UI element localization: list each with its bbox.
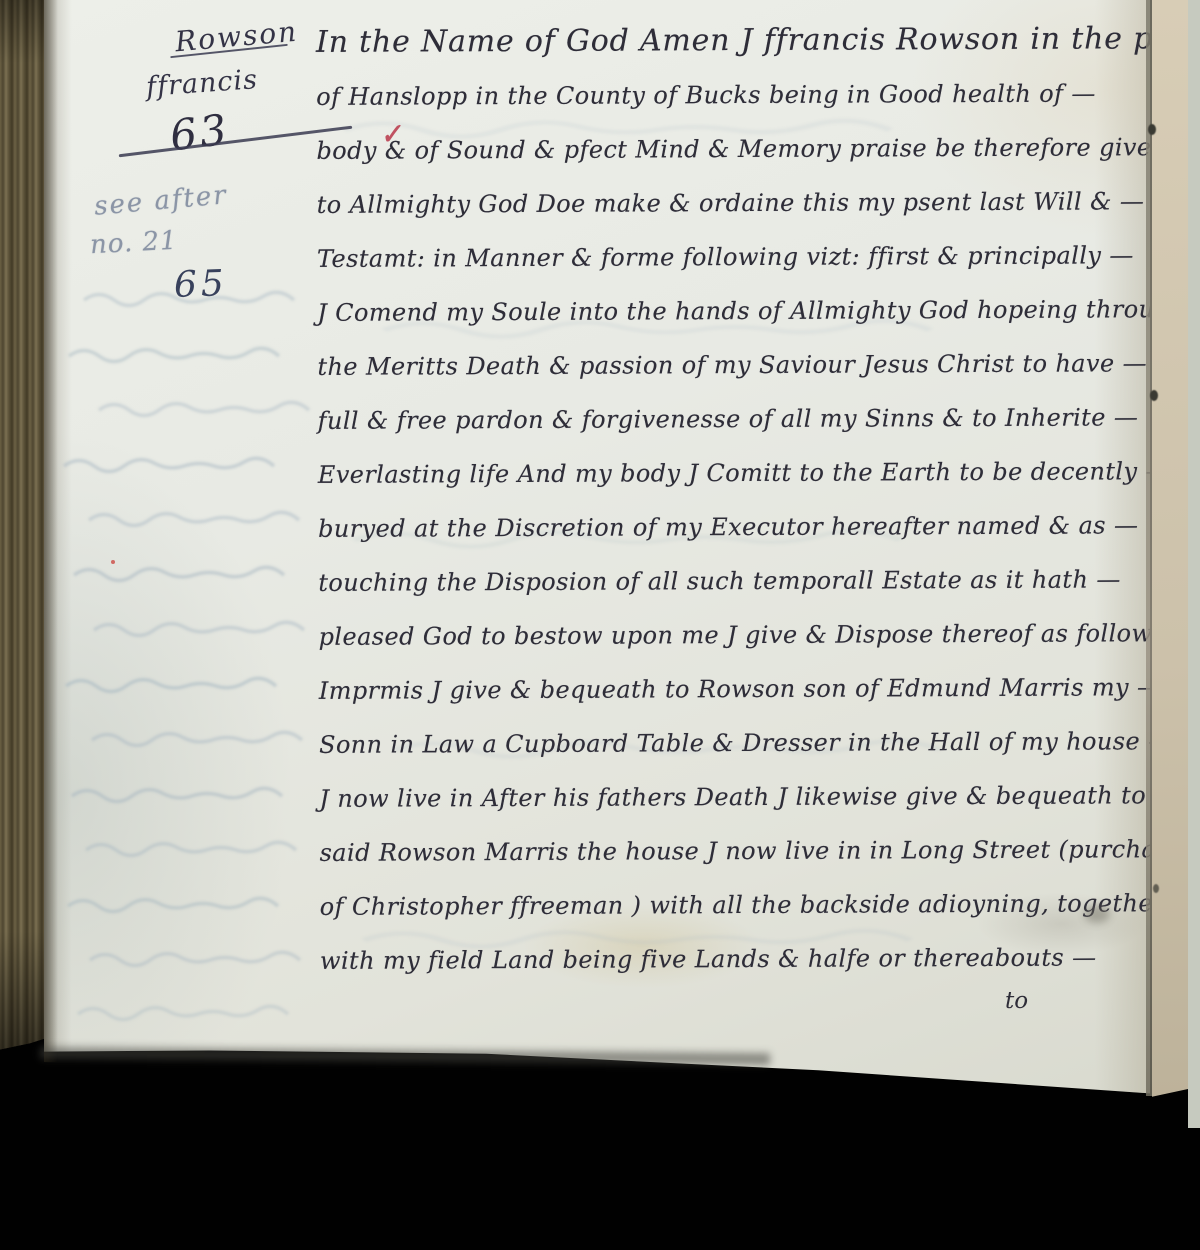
manuscript-line: said Rowson Marris the house J now live … <box>319 822 1179 880</box>
margin-name-forename: ffrancis <box>145 64 259 103</box>
book-spine <box>0 0 50 1058</box>
manuscript-line: Imprmis J give & bequeath to Rowson son … <box>319 660 1179 718</box>
stitch-hole <box>1150 390 1158 401</box>
margin-new-folio-number: 65 <box>173 263 228 306</box>
gutter-shadow <box>44 0 58 1062</box>
page-edge-tan <box>1152 0 1188 1100</box>
stitch-hole <box>1153 884 1159 893</box>
manuscript-line: full & free pardon & forgivenesse of all… <box>318 390 1178 448</box>
page-fold-edge <box>1146 0 1152 1096</box>
manuscript-line: Everlasting life And my body J Comitt to… <box>318 444 1178 502</box>
manuscript-line: J Comend my Soule into the hands of Allm… <box>317 282 1177 340</box>
manuscript-line: body & of Sound & pfect Mind & Memory pr… <box>316 120 1176 178</box>
manuscript-line: Sonn in Law a Cupboard Table & Dresser i… <box>319 714 1179 772</box>
manuscript-line: to Allmighty God Doe make & ordaine this… <box>317 174 1177 232</box>
manuscript-line: of Christopher ffreeman ) with all the b… <box>320 876 1180 934</box>
manuscript-photo: Rowson ffrancis 63 ✓ see after no. 21 65… <box>0 0 1200 1250</box>
margin-name-surname: Rowson <box>174 15 300 59</box>
manuscript-line: Testamt: in Manner & forme following viz… <box>317 228 1177 286</box>
margin-pencil-note-line2: no. 21 <box>89 226 178 261</box>
catchword: to <box>1005 988 1028 1014</box>
manuscript-line: with my field Land being five Lands & ha… <box>320 930 1180 988</box>
margin-pencil-note-line1: see after <box>93 180 229 222</box>
manuscript-line: J now live in After his fathers Death J … <box>319 768 1179 826</box>
manuscript-line: pleased God to bestow upon me J give & D… <box>318 606 1178 664</box>
ink-smudge <box>1084 905 1110 923</box>
stitch-hole <box>1148 124 1156 135</box>
page-edge-gray <box>1188 0 1200 1128</box>
manuscript-line: touching the Disposion of all such tempo… <box>318 552 1178 610</box>
manuscript-line: buryed at the Discretion of my Executor … <box>318 498 1178 556</box>
manuscript-line: In the Name of God Amen J ffrancis Rowso… <box>316 12 1176 70</box>
main-text: In the Name of God Amen J ffrancis Rowso… <box>316 12 1180 988</box>
red-speck <box>111 560 115 564</box>
manuscript-line: of Hanslopp in the County of Bucks being… <box>316 66 1176 124</box>
manuscript-page: Rowson ffrancis 63 ✓ see after no. 21 65… <box>44 0 1150 1100</box>
margin-old-folio-number: 63 <box>167 105 232 161</box>
manuscript-line: the Meritts Death & passion of my Saviou… <box>317 336 1177 394</box>
